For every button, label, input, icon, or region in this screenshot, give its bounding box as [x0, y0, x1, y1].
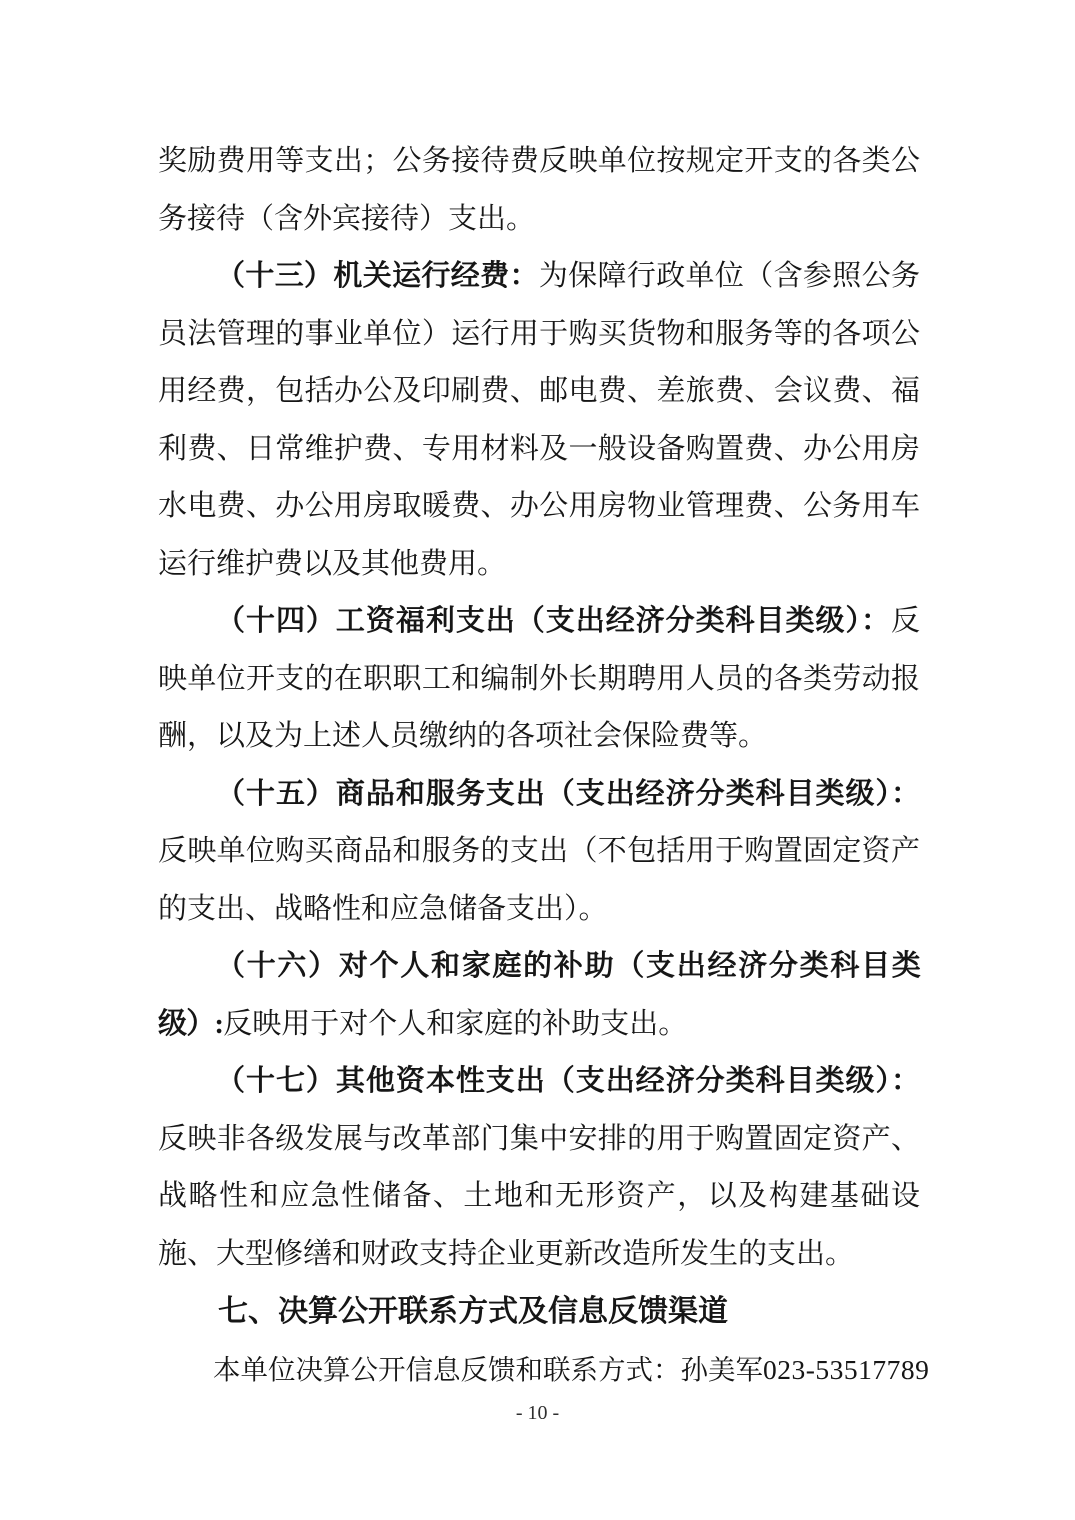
paragraph-lead: （十三）机关运行经费： — [216, 260, 539, 292]
page-footer: - 10 - — [0, 1398, 1075, 1428]
paragraph: （十三）机关运行经费：为保障行政单位（含参照公务员法管理的事业单位）运行用于购买… — [158, 248, 920, 593]
contact-name: 孙美军 — [681, 1354, 764, 1385]
paragraph: （十六）对个人和家庭的补助（支出经济分类科目类级）:反映用于对个人和家庭的补助支… — [158, 938, 920, 1053]
paragraph-text: 反映单位购买商品和服务的支出（不包括用于购置固定资产的支出、战略性和应急储备支出… — [158, 835, 920, 925]
document-page: 奖励费用等支出；公务接待费反映单位按规定开支的各类公务接待（含外宾接待）支出。 … — [0, 0, 1075, 1520]
document-body: 奖励费用等支出；公务接待费反映单位按规定开支的各类公务接待（含外宾接待）支出。 … — [158, 133, 920, 1398]
page-number: - 10 - — [516, 1402, 559, 1424]
paragraph-text: 奖励费用等支出；公务接待费反映单位按规定开支的各类公务接待（含外宾接待）支出。 — [158, 145, 920, 235]
paragraph-text: 为保障行政单位（含参照公务员法管理的事业单位）运行用于购买货物和服务等的各项公用… — [158, 260, 920, 580]
section-heading: 七、决算公开联系方式及信息反馈渠道 — [158, 1283, 920, 1341]
paragraph-lead: （十五）商品和服务支出（支出经济分类科目类级）： — [216, 778, 920, 810]
paragraph-text: 反映非各级发展与改革部门集中安排的用于购置固定资产、战略性和应急性储备、土地和无… — [158, 1123, 920, 1270]
contact-line: 本单位决算公开信息反馈和联系方式：孙美军023-53517789 — [158, 1341, 920, 1399]
paragraph-lead: （十七）其他资本性支出（支出经济分类科目类级）： — [216, 1065, 920, 1097]
paragraph: （十四）工资福利支出（支出经济分类科目类级）：反映单位开支的在职职工和编制外长期… — [158, 593, 920, 766]
contact-label: 本单位决算公开信息反馈和联系方式： — [213, 1354, 681, 1385]
contact-phone: 023-53517789 — [763, 1354, 929, 1385]
paragraph-lead: （十四）工资福利支出（支出经济分类科目类级）： — [216, 605, 891, 637]
paragraph-text: 反映用于对个人和家庭的补助支出。 — [223, 1008, 687, 1040]
paragraph: （十五）商品和服务支出（支出经济分类科目类级）：反映单位购买商品和服务的支出（不… — [158, 766, 920, 939]
paragraph: 奖励费用等支出；公务接待费反映单位按规定开支的各类公务接待（含外宾接待）支出。 — [158, 133, 920, 248]
paragraph: （十七）其他资本性支出（支出经济分类科目类级）：反映非各级发展与改革部门集中安排… — [158, 1053, 920, 1283]
